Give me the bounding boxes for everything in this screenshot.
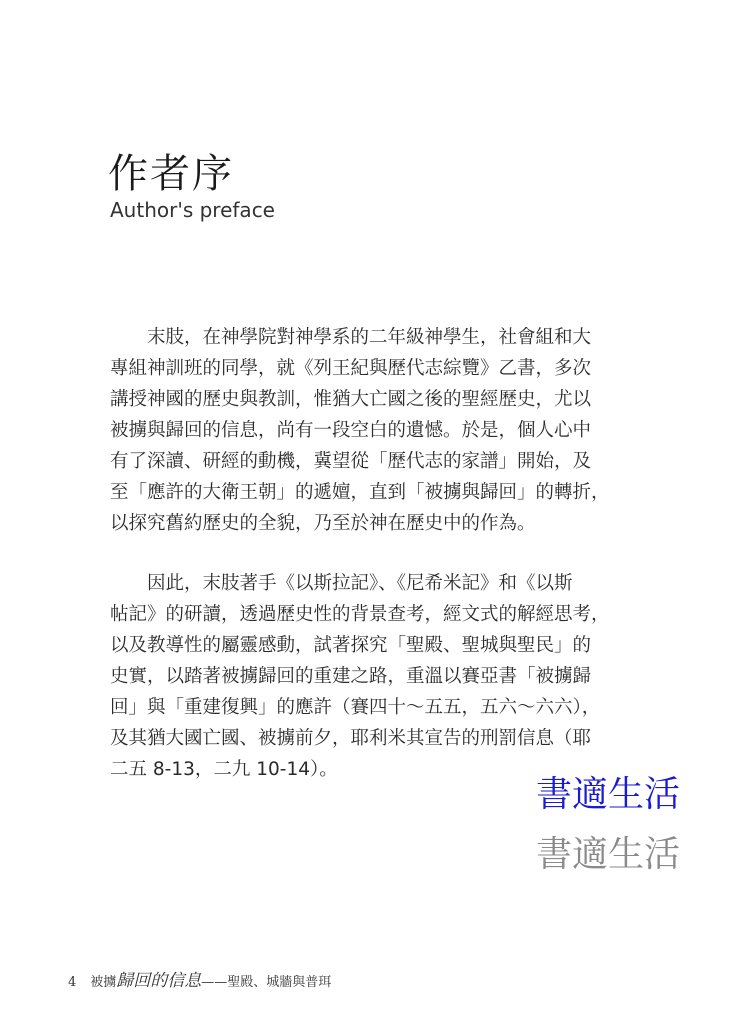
text-line: 帖記》的研讀，透過歷史性的背景查考，經文式的解經思考， [110, 599, 635, 630]
text-line: 有了深讀、研經的動機，冀望從「歷代志的家譜」開始，及 [110, 446, 635, 477]
text-line: 因此，末肢著手《以斯拉記》、《尼希米記》和《以斯 [110, 568, 635, 599]
text-line: 以及教導性的屬靈感動，試著探究「聖殿、聖城與聖民」的 [110, 630, 635, 661]
book-title: 被擄歸回的信息——聖殿、城牆與普珥 [90, 966, 331, 991]
page-title: 作者序 [108, 150, 234, 198]
text-line: 及其猶大國亡國、被擄前夕，耶利米其宣告的刑罰信息（耶 [110, 723, 635, 754]
watermark-gray: 書適生活 [536, 826, 680, 877]
paragraph-2: 因此，末肢著手《以斯拉記》、《尼希米記》和《以斯 帖記》的研讀，透過歷史性的背景… [110, 568, 635, 785]
text-line: 回」與「重建復興」的應許（賽四十～五五，五六～六六）， [110, 692, 635, 723]
text-line: 至「應許的大衛王朝」的遞嬗，直到「被擄與歸回」的轉折， [110, 477, 635, 508]
page-footer: 4 被擄歸回的信息——聖殿、城牆與普珥 [68, 966, 331, 991]
text-line: 末肢，在神學院對神學系的二年級神學生，社會組和大 [110, 322, 635, 353]
page-subtitle: Author's preface [110, 198, 275, 222]
book-title-prefix: 被擄 [90, 975, 116, 990]
watermark-blue: 書適生活 [536, 766, 680, 817]
book-title-suffix: ——聖殿、城牆與普珥 [201, 975, 331, 990]
page-number: 4 [68, 975, 76, 990]
text-line: 史實，以踏著被擄歸回的重建之路，重溫以賽亞書「被擄歸 [110, 661, 635, 692]
text-line: 被擄與歸回的信息，尚有一段空白的遺憾。於是，個人心中 [110, 415, 635, 446]
text-line: 講授神國的歷史與教訓，惟猶大亡國之後的聖經歷史，尤以 [110, 384, 635, 415]
paragraph-1: 末肢，在神學院對神學系的二年級神學生，社會組和大 專組神訓班的同學，就《列王紀與… [110, 322, 635, 539]
text-line: 以探究舊約歷史的全貌，乃至於神在歷史中的作為。 [110, 508, 635, 539]
book-title-script: 歸回的信息 [116, 971, 201, 991]
text-line: 專組神訓班的同學，就《列王紀與歷代志綜覽》乙書，多次 [110, 353, 635, 384]
